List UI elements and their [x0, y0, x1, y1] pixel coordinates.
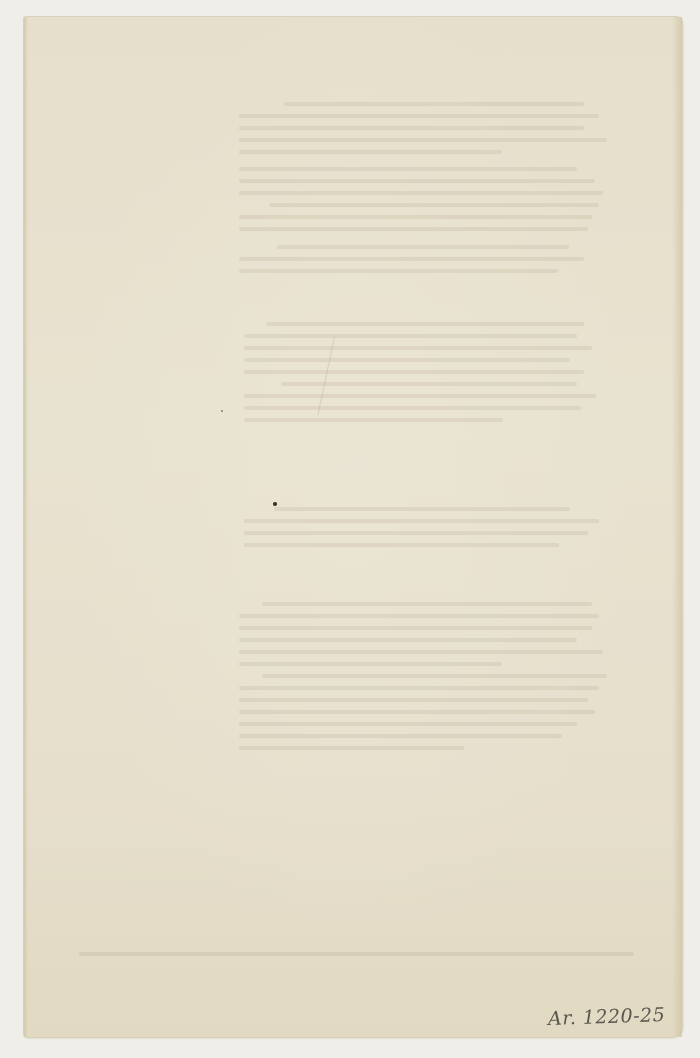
show-through-footer-line — [79, 952, 634, 964]
show-through-text-block-3 — [239, 245, 614, 281]
show-through-text-block-2 — [239, 167, 614, 239]
show-through-text-block-5 — [244, 507, 614, 555]
show-through-text-block-1 — [239, 102, 614, 162]
show-through-text-block-6 — [239, 602, 614, 758]
ink-spot — [273, 502, 277, 506]
show-through-text-block-4 — [244, 322, 614, 430]
handwritten-shelfmark: Ar. 1220-25 — [548, 1004, 666, 1030]
scanned-page — [24, 17, 682, 1037]
small-speck — [221, 410, 223, 412]
